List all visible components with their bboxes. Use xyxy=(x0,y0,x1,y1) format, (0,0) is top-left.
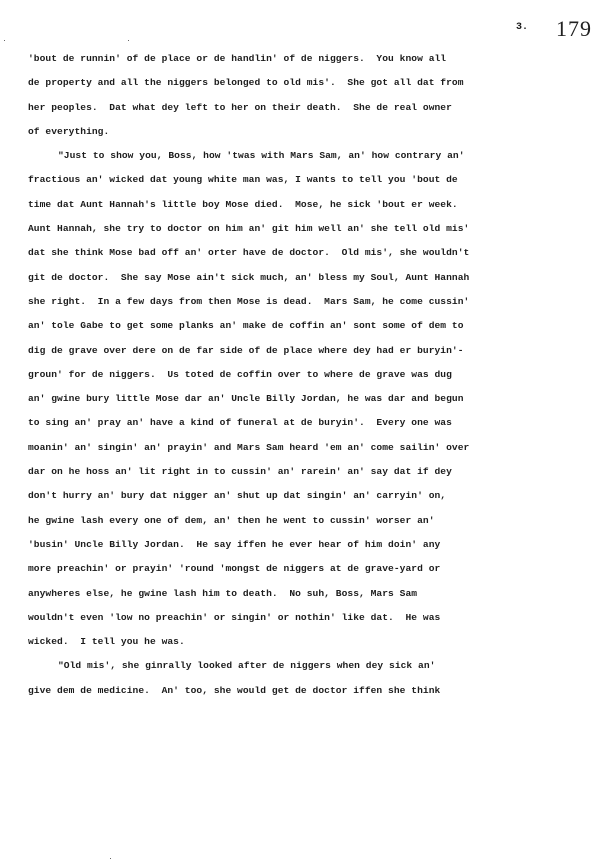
narrative-body: 'bout de runnin' of de place or de handl… xyxy=(28,47,588,703)
text-line: she right. In a few days from then Mose … xyxy=(28,290,588,314)
text-line: to sing an' pray an' have a kind of fune… xyxy=(28,411,588,435)
text-line: an' gwine bury little Mose dar an' Uncle… xyxy=(28,387,588,411)
text-line: 'busin' Uncle Billy Jordan. He say iffen… xyxy=(28,533,588,557)
text-line: dat she think Mose bad off an' orter hav… xyxy=(28,241,588,265)
text-line: fractious an' wicked dat young white man… xyxy=(28,168,588,192)
text-line: dar on he hoss an' lit right in to cussi… xyxy=(28,460,588,484)
text-line: give dem de medicine. An' too, she would… xyxy=(28,679,588,703)
text-line: "Old mis', she ginrally looked after de … xyxy=(28,654,588,678)
text-line: "Just to show you, Boss, how 'twas with … xyxy=(28,144,588,168)
document-page: 3. 179 'bout de runnin' of de place or d… xyxy=(0,0,600,866)
text-line: her peoples. Dat what dey left to her on… xyxy=(28,96,588,120)
page-number: 179 xyxy=(556,16,592,42)
text-line: he gwine lash every one of dem, an' then… xyxy=(28,509,588,533)
section-number: 3. xyxy=(516,22,528,33)
scan-speck xyxy=(110,858,111,859)
text-line: wouldn't even 'low no preachin' or singi… xyxy=(28,606,588,630)
text-line: git de doctor. She say Mose ain't sick m… xyxy=(28,266,588,290)
scan-speck xyxy=(4,40,5,41)
text-line: time dat Aunt Hannah's little boy Mose d… xyxy=(28,193,588,217)
text-line: more preachin' or prayin' 'round 'mongst… xyxy=(28,557,588,581)
page-header: 3. 179 xyxy=(392,16,592,46)
text-line: anywheres else, he gwine lash him to dea… xyxy=(28,582,588,606)
text-line: don't hurry an' bury dat nigger an' shut… xyxy=(28,484,588,508)
text-line: Aunt Hannah, she try to doctor on him an… xyxy=(28,217,588,241)
text-line: groun' for de niggers. Us toted de coffi… xyxy=(28,363,588,387)
text-line: wicked. I tell you he was. xyxy=(28,630,588,654)
text-line: moanin' an' singin' an' prayin' and Mars… xyxy=(28,436,588,460)
text-line: dig de grave over dere on de far side of… xyxy=(28,339,588,363)
text-line: 'bout de runnin' of de place or de handl… xyxy=(28,47,588,71)
text-line: of everything. xyxy=(28,120,588,144)
scan-speck xyxy=(128,40,129,41)
text-line: de property and all the niggers belonged… xyxy=(28,71,588,95)
text-line: an' tole Gabe to get some planks an' mak… xyxy=(28,314,588,338)
